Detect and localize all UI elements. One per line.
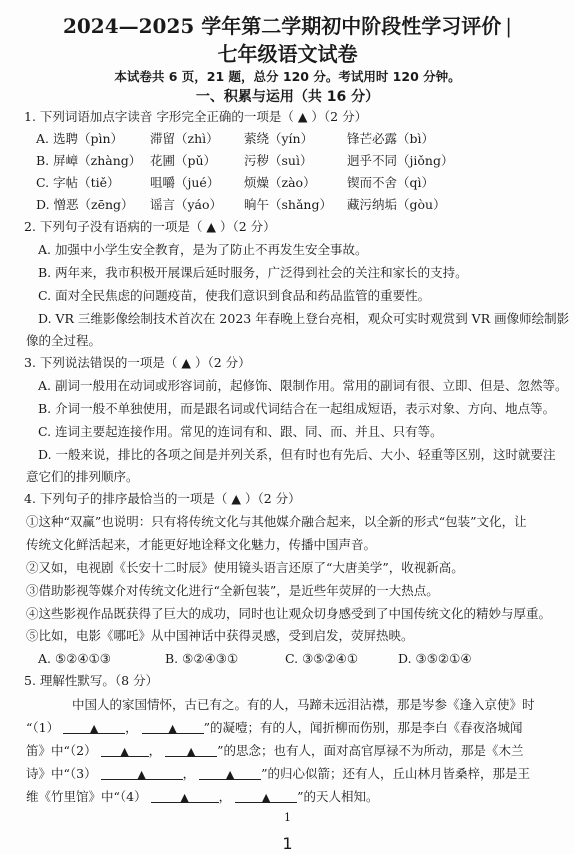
q4-sentence-4: ④这些影视作品既获得了巨大的成功，同时也让观众切身感受到了中国传统文化的精妙与厚… [26, 606, 551, 622]
q4-sentence-1: ①这种“双赢”也说明：只有将传统文化与其他媒介融合起来，以全新的形式“包装”文化… [26, 514, 527, 530]
q5-l2-suffix: ”的思念；也有人，面对高官厚禄不为所动，那是《木兰 [217, 743, 523, 758]
q2-option-a: A. 加强中小学生安全教育，是为了防止不再发生安全事故。 [38, 242, 367, 258]
answer-blank-1b[interactable]: ▲ [142, 720, 204, 734]
q5-line-1: “（1） ▲， ▲”的凝噎；有的人，闻折柳而伤别，那是李白《春夜洛城闻 [26, 720, 522, 736]
q1-row-c-label: C. 字帖（tiě） [36, 175, 119, 191]
q3-option-c: C. 连词主要起连接作用。常见的连词有和、跟、同、而、并且、只有等。 [38, 424, 443, 440]
q5-line-3: 诗》中“（3） ▲， ▲”的归心似箭；还有人，丘山林月皆桑梓，那是王 [26, 766, 530, 782]
q1-row-d-c4: 藏污纳垢（gòu） [347, 197, 446, 213]
triangle-marker-icon: ▲ [120, 745, 128, 758]
triangle-marker-icon: ▲ [137, 768, 145, 781]
q5-l1-prefix: “（1） [26, 720, 59, 735]
q5-l3-prefix: 诗》中“（3） [26, 766, 97, 781]
q5-l3-suffix: ”的归心似箭；还有人，丘山林月皆桑梓，那是王 [261, 766, 530, 781]
triangle-marker-icon: ▲ [180, 791, 188, 804]
answer-blank-1a[interactable]: ▲ [63, 720, 125, 734]
triangle-marker-icon: ▲ [187, 745, 195, 758]
q1-row-c-c4: 锲而不舍（qì） [347, 175, 434, 191]
q1-row-c-c3: 烦燥（zào） [244, 175, 316, 191]
q1-row-a-c2: 滞留（zhì） [150, 131, 219, 147]
question-4-stem: 4. 下列句子的排序最恰当的一项是（ ▲ ）（2 分） [24, 491, 301, 507]
q5-intro: 中国人的家国情怀，古已有之。有的人，马蹄未远泪沾襟，那是岑参《逢入京使》时 [72, 697, 535, 713]
q1-row-a-label: A. 选聘（pìn） [36, 131, 123, 147]
comma: ， [149, 743, 162, 758]
triangle-marker-icon: ▲ [90, 722, 98, 735]
q4-sentence-3: ③借助影视等媒介对传统文化进行“全新包装”，是近些年荧屏的一大热点。 [26, 583, 439, 599]
comma: ， [219, 789, 232, 804]
triangle-marker-icon: ▲ [226, 768, 234, 781]
q3-option-d: D. 一般来说，排比的各项之间是并列关系，但有时也有先后、大小、轻重等区别，这时… [38, 447, 556, 463]
q1-row-a-c3: 萦绕（yín） [244, 131, 313, 147]
question-1-stem: 1. 下列词语加点字读音 字形完全正确的一项是（ ▲ ）（2 分） [24, 109, 367, 125]
answer-blank-3b[interactable]: ▲ [199, 766, 261, 780]
q1-row-c-c2: 咀嚼（jué） [150, 175, 219, 191]
q1-row-d-c2: 谣言（yáo） [150, 197, 222, 213]
q5-l4-prefix: 维《竹里馆》中“（4） [26, 789, 147, 804]
q4-sentence-5: ⑤比如，电影《哪吒》从中国神话中获得灵感，受到启发，荧屏热映。 [26, 628, 414, 644]
q4-sentence-2: ②又如，电视剧《长安十二时辰》使用镜头语言还原了“大唐美学”，收视新高。 [26, 560, 464, 576]
q1-row-b-label: B. 屏嶂（zhàng） [36, 153, 141, 169]
q1-row-d-c3: 晌午（shǎng） [244, 197, 332, 213]
exam-info: 本试卷共 6 页，21 题，总分 120 分。考试用时 120 分钟。 [0, 67, 575, 85]
q4-choice-c: C. ③⑤②④① [285, 651, 358, 667]
q4-sentence-1-cont: 传统文化鲜活起来，才能更好地诠释文化魅力，传播中国声音。 [26, 537, 376, 553]
q1-row-b-c3: 污秽（suì） [244, 153, 312, 169]
q2-option-b: B. 两年来，我市积极开展课后延时服务，广泛得到社会的关注和家长的支持。 [38, 265, 468, 281]
comma: ， [125, 720, 138, 735]
answer-blank-3a[interactable]: ▲ [101, 766, 183, 780]
q5-line-4: 维《竹里馆》中“（4） ▲， ▲”的天人相知。 [26, 789, 378, 805]
q3-option-a: A. 副词一般用在动词或形容词前，起修饰、限制作用。常用的副词有很、立即、但是、… [38, 378, 567, 394]
q2-option-d-cont: 像的全过程。 [26, 333, 101, 349]
page-number-printed: 1 [0, 811, 575, 824]
q2-option-c: C. 面对全民焦虑的问题疫苗，使我们意识到食品和药品监管的重要性。 [38, 288, 430, 304]
q5-l1-suffix: ”的凝噎；有的人，闻折柳而伤别，那是李白《春夜洛城闻 [204, 720, 523, 735]
answer-blank-2b[interactable]: ▲ [165, 743, 217, 757]
exam-page: 2024—2025 学年第二学期初中阶段性学习评价| 七年级语文试卷 本试卷共 … [0, 0, 575, 854]
q2-option-d: D. VR 三维影像绘制技术首次在 2023 年春晚上登台亮相，观众可实时观赏到… [38, 311, 569, 327]
title-bar-mark: | [505, 14, 512, 38]
exam-title-line2: 七年级语文试卷 [0, 38, 575, 67]
question-2-stem: 2. 下列句子没有语病的一项是（ ▲ ）（2 分） [24, 219, 276, 235]
q5-line-2: 笛》中“（2） ▲， ▲”的思念；也有人，面对高官厚禄不为所动，那是《木兰 [26, 743, 523, 759]
title-text: 2024—2025 学年第二学期初中阶段性学习评价 [63, 14, 501, 38]
q5-l4-suffix: ”的天人相知。 [297, 789, 378, 804]
q1-row-b-c4: 迥乎不同（jiǒng） [347, 153, 453, 169]
q4-choice-a: A. ⑤②④①③ [38, 651, 111, 667]
q3-option-b: B. 介词一般不单独使用，而是跟名词或代词结合在一起组成短语，表示对象、方向、地… [38, 401, 555, 417]
page-number-viewer: 1 [0, 834, 575, 853]
q1-row-d-label: D. 憎恶（zēng） [36, 197, 134, 213]
question-5-stem: 5. 理解性默写。（8 分） [24, 673, 158, 689]
q4-choice-b: B. ⑤②④③① [165, 651, 238, 667]
answer-blank-4b[interactable]: ▲ [235, 789, 297, 803]
triangle-marker-icon: ▲ [262, 791, 270, 804]
answer-blank-4a[interactable]: ▲ [151, 789, 219, 803]
q1-row-b-c2: 花圃（pǔ） [150, 153, 216, 169]
question-3-stem: 3. 下列说法错误的一项是（ ▲ ）（2 分） [24, 355, 251, 371]
exam-title-line1: 2024—2025 学年第二学期初中阶段性学习评价| [0, 10, 575, 39]
section-heading: 一、积累与运用（共 16 分） [0, 86, 575, 106]
q1-row-a-c4: 锋芒必露（bì） [347, 131, 434, 147]
q5-l2-prefix: 笛》中“（2） [26, 743, 97, 758]
q4-choice-d: D. ③⑤②①④ [398, 651, 472, 667]
triangle-marker-icon: ▲ [168, 722, 176, 735]
answer-blank-2a[interactable]: ▲ [101, 743, 149, 757]
comma: ， [183, 766, 196, 781]
q3-option-d-cont: 意它们的排列顺序。 [26, 469, 139, 485]
